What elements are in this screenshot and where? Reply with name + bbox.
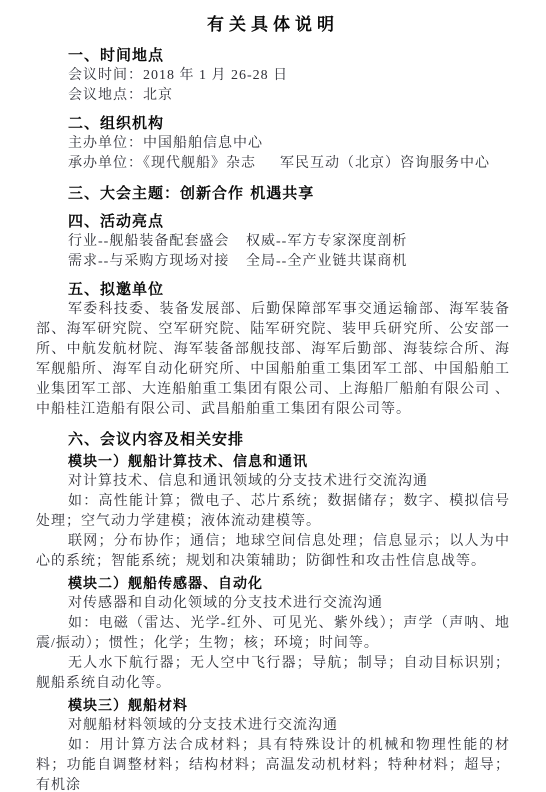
module-2-paragraph-1: 如：电磁（雷达、光学-红外、可见光、紫外线）；声学（声呐、地震/振动）；惯性；化… xyxy=(36,614,510,654)
host-unit-label: 主办单位： xyxy=(68,136,143,151)
host-unit-line: 主办单位：中国船舶信息中心 xyxy=(36,134,510,154)
module-1-paragraph-2: 联网；分布协作；通信；地球空间信息处理；信息显示；以人为中心的系统；智能系统；规… xyxy=(36,532,510,572)
host-unit-value: 中国船舶信息中心 xyxy=(143,136,263,151)
section-4-heading: 四、活动亮点 xyxy=(36,210,510,232)
meeting-location-label: 会议地点： xyxy=(68,88,143,103)
module-1-paragraph-1: 如：高性能计算；微电子、芯片系统；数据储存；数字、模拟信号处理；空气动力学建模；… xyxy=(36,492,510,532)
module-1-intro: 对计算技术、信息和通讯领域的分支技术进行交流沟通 xyxy=(36,472,510,492)
invited-units-paragraph: 军委科技委、装备发展部、后勤保障部军事交通运输部、海军装备部、海军研究院、空军研… xyxy=(36,300,510,420)
module-2-heading: 模块二）舰船传感器、自动化 xyxy=(36,574,510,594)
section-5-heading: 五、拟邀单位 xyxy=(36,278,510,300)
highlight-demand: 需求--与采购方现场对接 xyxy=(68,252,246,272)
organizer-label: 承办单位： xyxy=(68,156,143,171)
organizer-value-magazine: 《现代舰船》杂志 xyxy=(143,156,256,171)
highlight-industry: 行业--舰船装备配套盛会 xyxy=(68,232,246,252)
module-2-intro: 对传感器和自动化领域的分支技术进行交流沟通 xyxy=(36,594,510,614)
organizer-line: 承办单位：《现代舰船》杂志军民互动（北京）咨询服务中心 xyxy=(36,154,510,174)
page-title: 有关具体说明 xyxy=(36,12,510,38)
meeting-location-value: 北京 xyxy=(143,88,173,103)
document-page: 有关具体说明 一、时间地点 会议时间：2018 年 1 月 26-28 日 会议… xyxy=(0,0,546,792)
module-3-intro: 对舰船材料领域的分支技术进行交流沟通 xyxy=(36,716,510,736)
highlight-row-2: 需求--与采购方现场对接全局--全产业链共谋商机 xyxy=(36,252,510,272)
section-2-heading: 二、组织机构 xyxy=(36,112,510,134)
highlight-authority: 权威--军方专家深度剖析 xyxy=(246,232,407,252)
meeting-time-value: 2018 年 1 月 26-28 日 xyxy=(143,68,288,83)
section-6-heading: 六、会议内容及相关安排 xyxy=(36,428,510,450)
section-1-heading: 一、时间地点 xyxy=(36,44,510,66)
organizer-value-center: 军民互动（北京）咨询服务中心 xyxy=(280,156,490,171)
meeting-time-line: 会议时间：2018 年 1 月 26-28 日 xyxy=(36,66,510,86)
module-3-paragraph-1: 如：用计算方法合成材料；具有特殊设计的机械和物理性能的材料；功能自调整材料；结构… xyxy=(36,736,510,792)
highlight-row-1: 行业--舰船装备配套盛会权威--军方专家深度剖析 xyxy=(36,232,510,252)
section-3-heading: 三、大会主题：创新合作 机遇共享 xyxy=(36,182,510,204)
module-3-heading: 模块三）舰船材料 xyxy=(36,696,510,716)
meeting-time-label: 会议时间： xyxy=(68,68,143,83)
meeting-location-line: 会议地点：北京 xyxy=(36,86,510,106)
module-1-heading: 模块一）舰船计算技术、信息和通讯 xyxy=(36,452,510,472)
highlight-overall: 全局--全产业链共谋商机 xyxy=(246,252,407,272)
module-2-paragraph-2: 无人水下航行器；无人空中飞行器；导航；制导；自动目标识别；舰船系统自动化等。 xyxy=(36,654,510,694)
